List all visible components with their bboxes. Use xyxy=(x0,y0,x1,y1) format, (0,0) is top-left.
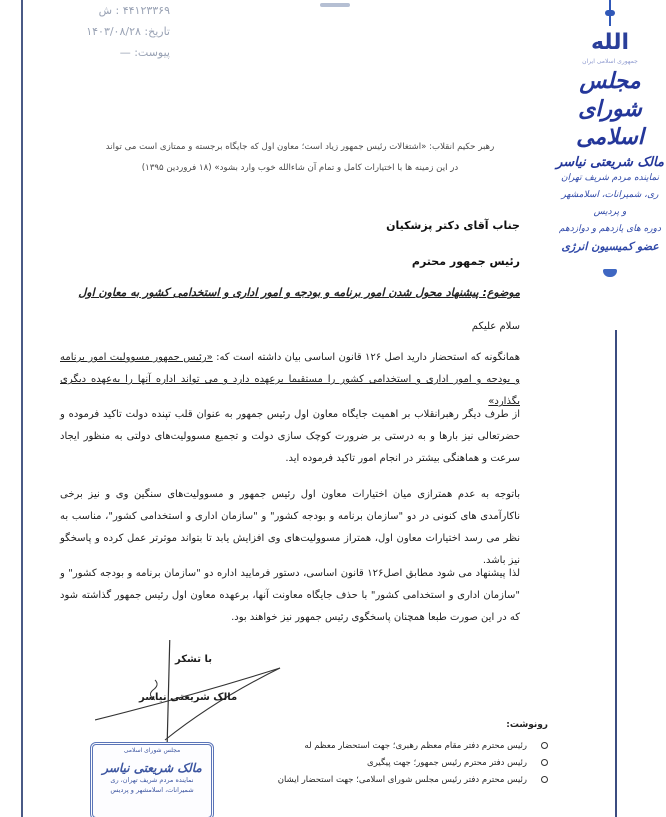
letter-date: تاریخ: ۱۴۰۳/۰۸/۲۸ xyxy=(30,21,170,42)
circle-bullet-icon xyxy=(541,759,548,766)
circle-bullet-icon xyxy=(541,742,548,749)
stamp-header: مجلس شورای اسلامی xyxy=(93,747,211,754)
stamp-line: شمیرانات، اسلامشهر و پردیس xyxy=(93,785,211,795)
greeting: سلام علیکم xyxy=(472,321,520,332)
circle-bullet-icon xyxy=(541,776,548,783)
paragraph-text: همانگونه که استحضار دارید اصل ۱۲۶ قانون … xyxy=(213,352,520,363)
pen-icon xyxy=(603,269,617,283)
left-border-line xyxy=(21,0,23,817)
cc-item: رئیس دفتر محترم رئیس جمهور؛ جهت پیگیری xyxy=(248,755,548,772)
cc-item: رئیس محترم دفتر مقام معظم رهبری؛ جهت است… xyxy=(248,738,548,755)
cc-item: رئیس محترم دفتر رئیس مجلس شورای اسلامی؛ … xyxy=(248,772,548,789)
quote-line: در این زمینه ها با اختیارات کامل و تمام … xyxy=(60,158,540,179)
term-line: دوره های یازدهم و دوازدهم xyxy=(555,221,665,238)
letter-meta: ۴۴۱۲۳۳۶۹ : ش تاریخ: ۱۴۰۳/۰۸/۲۸ پیوست: — xyxy=(30,0,170,63)
majlis-title: مجلس شورای اسلامی xyxy=(555,67,665,151)
letter-attachment: پیوست: — xyxy=(30,42,170,63)
constituency-line: و پردیس xyxy=(555,204,665,221)
quote-line: رهبر حکیم انقلاب: «اشتغالات رئیس جمهور ز… xyxy=(60,137,540,158)
torch-icon xyxy=(605,0,615,26)
paragraph-4: لذا پیشنهاد می شود مطابق اصل۱۲۶ قانون اس… xyxy=(60,563,520,629)
emblem-icon: الله xyxy=(555,30,665,56)
right-border-line xyxy=(615,330,617,817)
stamp-name: مالک شریعتی نیاسر xyxy=(93,761,211,775)
addressee-title: رئیس جمهور محترم xyxy=(386,252,520,288)
addressee-name: جناب آقای دکتر پزشکیان xyxy=(386,216,520,252)
stamp-line: نماینده مردم شریف تهران، ری xyxy=(93,775,211,785)
official-stamp: مجلس شورای اسلامی مالک شریعتی نیاسر نمای… xyxy=(90,742,214,817)
cc-item-text: رئیس محترم دفتر رئیس مجلس شورای اسلامی؛ … xyxy=(278,775,527,785)
commission-line: عضو کمیسیون انرژی xyxy=(555,238,665,255)
signer-name: مالک شریعتی نیاسر xyxy=(139,692,237,703)
cc-item-text: رئیس محترم دفتر مقام معظم رهبری؛ جهت است… xyxy=(304,741,527,751)
letterhead: الله جمهوری اسلامی ایران مجلس شورای اسلا… xyxy=(555,0,665,283)
subject-line: موضوع: پیشنهاد محول شدن امور برنامه و بو… xyxy=(78,286,520,299)
cc-title: رونوشت: xyxy=(248,720,548,730)
leader-quote: رهبر حکیم انقلاب: «اشتغالات رئیس جمهور ز… xyxy=(60,137,540,179)
carbon-copy-list: رونوشت: رئیس محترم دفتر مقام معظم رهبری؛… xyxy=(248,720,548,789)
addressee: جناب آقای دکتر پزشکیان رئیس جمهور محترم xyxy=(386,216,520,288)
header-mark xyxy=(310,0,370,8)
republic-label: جمهوری اسلامی ایران xyxy=(555,58,665,65)
letter-number: ۴۴۱۲۳۳۶۹ : ش xyxy=(30,0,170,21)
cc-item-text: رئیس دفتر محترم رئیس جمهور؛ جهت پیگیری xyxy=(367,758,527,768)
constituency-line: نماینده مردم شریف تهران xyxy=(555,170,665,187)
constituency-line: ری، شمیرانات، اسلامشهر xyxy=(555,187,665,204)
paragraph-3: باتوجه به عدم همترازی میان اختیارات معاو… xyxy=(60,484,520,572)
mp-name: مالک شریعتی نیاسر xyxy=(555,155,665,170)
closing: با تشکر xyxy=(175,654,212,665)
paragraph-2: از طرف دیگر رهبرانقلاب بر اهمیت جایگاه م… xyxy=(60,404,520,470)
